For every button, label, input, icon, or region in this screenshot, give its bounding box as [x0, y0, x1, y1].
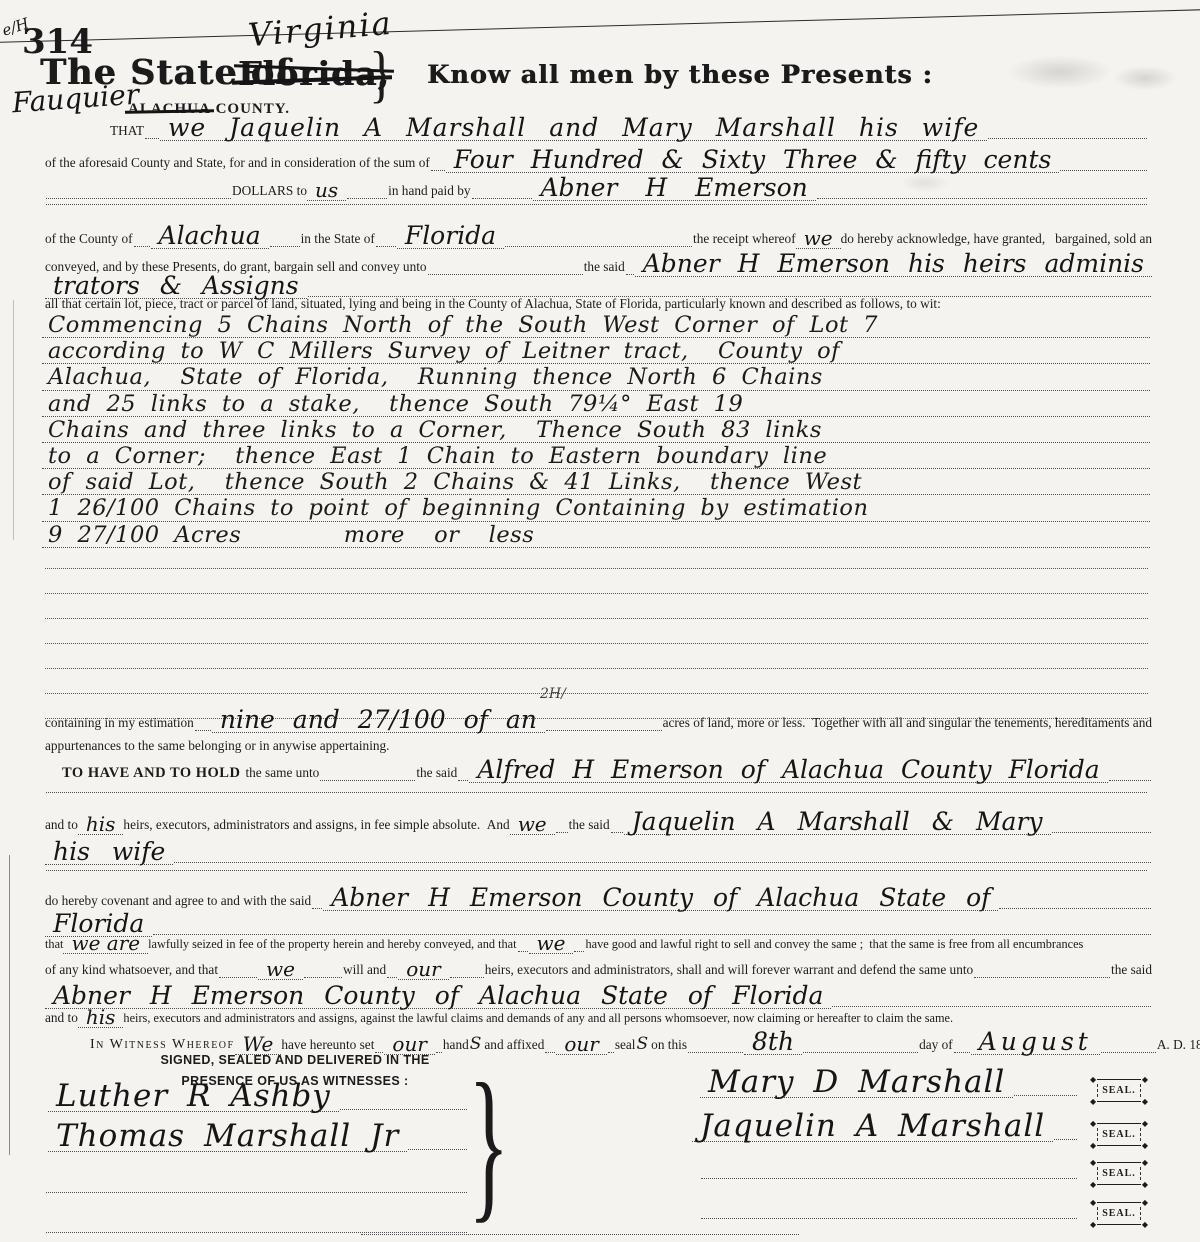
dotted-line: [46, 790, 1147, 793]
deed-document-page: e/H 314 Virginia The State of Florida, }…: [0, 0, 1200, 1242]
dotted-line: [1052, 830, 1151, 833]
seal-label: SEAL.: [1097, 1084, 1141, 1097]
scan-diagonal-line: [0, 8, 1200, 43]
description-line: according to W C Millers Survey of Leitn…: [42, 338, 1150, 364]
witness-signature: Luther R Ashby: [48, 1082, 339, 1112]
dotted-line: [219, 975, 257, 978]
on-this-label: on this: [651, 1037, 687, 1053]
month-handwritten: August: [971, 1030, 1100, 1055]
dotted-line: [999, 906, 1151, 909]
dotted-line: [988, 136, 1147, 139]
his-handwritten: his: [78, 1008, 124, 1028]
day-of-label: day of: [919, 1037, 953, 1053]
scan-smudge: [1100, 60, 1190, 96]
paper-edge-line: [9, 855, 10, 1155]
dotted-line: [195, 728, 211, 731]
seal-badge: ◆◆ SEAL. ◆◆: [1090, 1075, 1148, 1106]
signature-name: Mary D Marshall: [700, 1068, 1013, 1098]
containing-label: containing in my estimation: [45, 715, 194, 731]
blank-rule: [45, 619, 1148, 644]
seal-diamond: ◆: [1142, 1220, 1148, 1229]
the-said-label: the said: [416, 765, 457, 781]
witness-signature: Thomas Marshall Jr: [48, 1122, 407, 1152]
dotted-line: [46, 196, 231, 199]
that-word-label: that: [45, 937, 63, 952]
dotted-line: [505, 244, 692, 247]
holder-handwritten: Alfred H Emerson of Alachua County Flori…: [469, 758, 1107, 783]
any-kind-label: of any kind whatsoever, and that: [45, 962, 218, 978]
the-said-label: the said: [569, 817, 610, 833]
grantor-again-handwritten: Jaquelin A Marshall & Mary: [624, 810, 1051, 835]
receipt-label: the receipt whereof: [693, 231, 796, 247]
seal-label: SEAL.: [1097, 1128, 1141, 1141]
dotted-line: [1101, 1050, 1156, 1053]
dotted-line: [458, 778, 468, 781]
heirs-simple-label: heirs, executors, administrators and ass…: [123, 817, 509, 833]
blank-rule: [45, 544, 1148, 569]
defend-tail-label: heirs, executors and administrators and …: [123, 1011, 953, 1026]
dotted-line: [701, 1216, 1077, 1219]
estimation-handwritten: nine and 27/100 of an: [212, 708, 545, 733]
blank-rule: [45, 594, 1148, 619]
we-handwritten: we: [529, 934, 574, 954]
seal-diamond: ◆: [1090, 1180, 1096, 1189]
description-line: Chains and three links to a Corner, Then…: [42, 417, 1150, 443]
seal-diamond: ◆: [1142, 1180, 1148, 1189]
dotted-line: [46, 1190, 467, 1193]
description-line: and 25 links to a stake, thence South 79…: [42, 391, 1150, 417]
dotted-line: [46, 202, 1147, 205]
consideration-label: of the aforesaid County and State, for a…: [45, 155, 430, 171]
seal-diamond: ◆: [1090, 1220, 1096, 1229]
dotted-line: [611, 830, 623, 833]
appurtenances-label: appurtenances to the same belonging or i…: [45, 738, 390, 754]
seal-diamond: ◆: [1090, 1075, 1096, 1084]
day-handwritten: 8th: [744, 1030, 802, 1055]
ad-label: A. D. 18: [1157, 1037, 1200, 1053]
blank-rule: [45, 644, 1148, 669]
seal-diamond: ◆: [1142, 1119, 1148, 1128]
acres-tail-label: acres of land, more or less. Together wi…: [663, 715, 1152, 731]
blank-rule: [45, 669, 1148, 694]
paper-edge-line: [13, 300, 14, 540]
signature-name: Jaquelin A Marshall: [692, 1112, 1053, 1142]
seal-label: SEAL.: [1097, 1167, 1141, 1180]
we-handwritten: we: [258, 960, 303, 980]
his-wife-handwritten: his wife: [45, 840, 173, 865]
seized-label: lawfully seized in fee of the property h…: [148, 937, 516, 952]
dotted-line: [387, 975, 397, 978]
dotted-line: [832, 1004, 1151, 1007]
blank-rule: [45, 569, 1148, 594]
dotted-line: [450, 975, 484, 978]
header-brace: }: [369, 42, 394, 106]
description-line: 1 26/100 Chains to point of beginning Co…: [42, 495, 1150, 521]
warrantee-handwritten: Abner H Emerson County of Alachua State …: [45, 984, 831, 1009]
dotted-line: [545, 1050, 555, 1053]
dotted-line: [974, 975, 1110, 978]
and-to-label: and to: [45, 1010, 78, 1026]
dotted-line: [376, 244, 396, 247]
seal-diamond: ◆: [1090, 1097, 1096, 1106]
payer-handwritten: Abner H Emerson: [533, 176, 816, 201]
seal-diamond: ◆: [1142, 1198, 1148, 1207]
county-handwritten: Fauquier: [11, 82, 140, 117]
consideration-handwritten: Four Hundred & Sixty Three & fifty cents: [446, 148, 1060, 173]
dotted-line: [408, 1147, 467, 1150]
dotted-line: [304, 975, 342, 978]
dotted-line: [340, 1107, 467, 1110]
our-handwritten: our: [556, 1035, 606, 1055]
state-handwritten-entry: Florida: [397, 224, 504, 249]
dotted-line: [134, 244, 150, 247]
property-description: Commencing 5 Chains North of the South W…: [42, 312, 1150, 548]
seal-diamond: ◆: [1090, 1141, 1096, 1150]
dotted-line: [145, 136, 159, 139]
seal-word-label: seal: [615, 1037, 636, 1053]
dotted-line: [1060, 168, 1147, 171]
in-hand-label: in hand paid by: [388, 183, 470, 199]
dotted-line: [556, 830, 568, 833]
and-to-label: and to: [45, 817, 78, 833]
will-and-label: will and: [343, 962, 386, 978]
dotted-line: [431, 168, 445, 171]
to-have-label: TO HAVE AND TO HOLD: [62, 765, 240, 782]
covenant-label: do hereby covenant and agree to and with…: [45, 893, 311, 909]
seal-diamond: ◆: [1142, 1097, 1148, 1106]
his-handwritten: his: [78, 815, 124, 835]
dollars-label: DOLLARS to: [232, 183, 307, 199]
seal-label: SEAL.: [1097, 1207, 1141, 1220]
dotted-line: [954, 1050, 970, 1053]
paid-to-handwritten: us: [307, 181, 346, 201]
description-line: to a Corner; thence East 1 Chain to East…: [42, 443, 1150, 469]
dotted-line: [46, 868, 1147, 871]
dotted-line: [608, 1050, 614, 1053]
of-county-label: of the County of: [45, 231, 133, 247]
same-unto-label: the same unto: [245, 765, 319, 781]
dotted-line: [472, 196, 532, 199]
receipt-we-handwritten: we: [796, 229, 841, 249]
dotted-line: [701, 1176, 1077, 1179]
seal-diamond: ◆: [1142, 1075, 1148, 1084]
state-printed-struck: Florida,: [238, 54, 390, 93]
county-handwritten-entry: Alachua: [151, 224, 269, 249]
dotted-line: [688, 1050, 743, 1053]
dotted-line: [174, 860, 1151, 863]
seal-badge: ◆◆ SEAL. ◆◆: [1090, 1119, 1148, 1150]
plural-s-flourish: S: [637, 1034, 649, 1054]
in-state-label: in the State of: [301, 231, 375, 247]
dotted-line: [361, 1232, 799, 1235]
the-said-label: the said: [584, 259, 625, 275]
dotted-line: [817, 196, 1147, 199]
that-label: THAT: [110, 123, 144, 139]
dotted-line: [546, 728, 662, 731]
description-line: Commencing 5 Chains North of the South W…: [42, 312, 1150, 338]
blank-rules: [45, 544, 1148, 719]
dotted-line: [1109, 778, 1151, 781]
dotted-line: [270, 244, 300, 247]
seal-diamond: ◆: [1142, 1158, 1148, 1167]
seal-badge: ◆◆ SEAL. ◆◆: [1090, 1158, 1148, 1189]
dotted-line: [803, 1050, 918, 1053]
description-line: of said Lot, thence South 2 Chains & 41 …: [42, 469, 1150, 495]
our-handwritten: our: [398, 960, 448, 980]
grantors-handwritten: we Jaquelin A Marshall and Mary Marshall…: [160, 116, 987, 141]
good-right-label: have good and lawful right to sell and c…: [585, 937, 1083, 952]
dotted-line: [1054, 1137, 1077, 1140]
margin-pen-mark: 2H/: [540, 688, 566, 701]
the-said-label: the said: [1111, 962, 1152, 978]
situate-clause: all that certain lot, piece, tract or pa…: [45, 296, 941, 312]
covenantee-handwritten: Abner H Emerson County of Alachua State …: [323, 886, 998, 911]
dotted-line: [1014, 1093, 1077, 1096]
signed-line1: SIGNED, SEALED AND DELIVERED IN THE: [135, 1050, 455, 1071]
description-line: Alachua, State of Florida, Running thenc…: [42, 364, 1150, 390]
we-handwritten: we: [510, 815, 555, 835]
seal-diamond: ◆: [1142, 1141, 1148, 1150]
seal-diamond: ◆: [1090, 1119, 1096, 1128]
presents-heading: Know all men by these Presents :: [427, 60, 933, 90]
warrant-label: heirs, executors and administrators, sha…: [485, 962, 974, 978]
seal-badge: ◆◆ SEAL. ◆◆: [1090, 1198, 1148, 1229]
dotted-line: [312, 906, 322, 909]
we-are-handwritten: we are: [63, 934, 148, 954]
witness-brace: }: [468, 1048, 509, 1238]
dotted-line: [320, 778, 415, 781]
acknowledge-label: do hereby acknowledge, have granted, bar…: [841, 231, 1152, 247]
dotted-line: [518, 949, 528, 952]
dotted-line: [347, 196, 387, 199]
dotted-line: [574, 949, 584, 952]
seal-diamond: ◆: [1090, 1198, 1096, 1207]
seal-diamond: ◆: [1090, 1158, 1096, 1167]
